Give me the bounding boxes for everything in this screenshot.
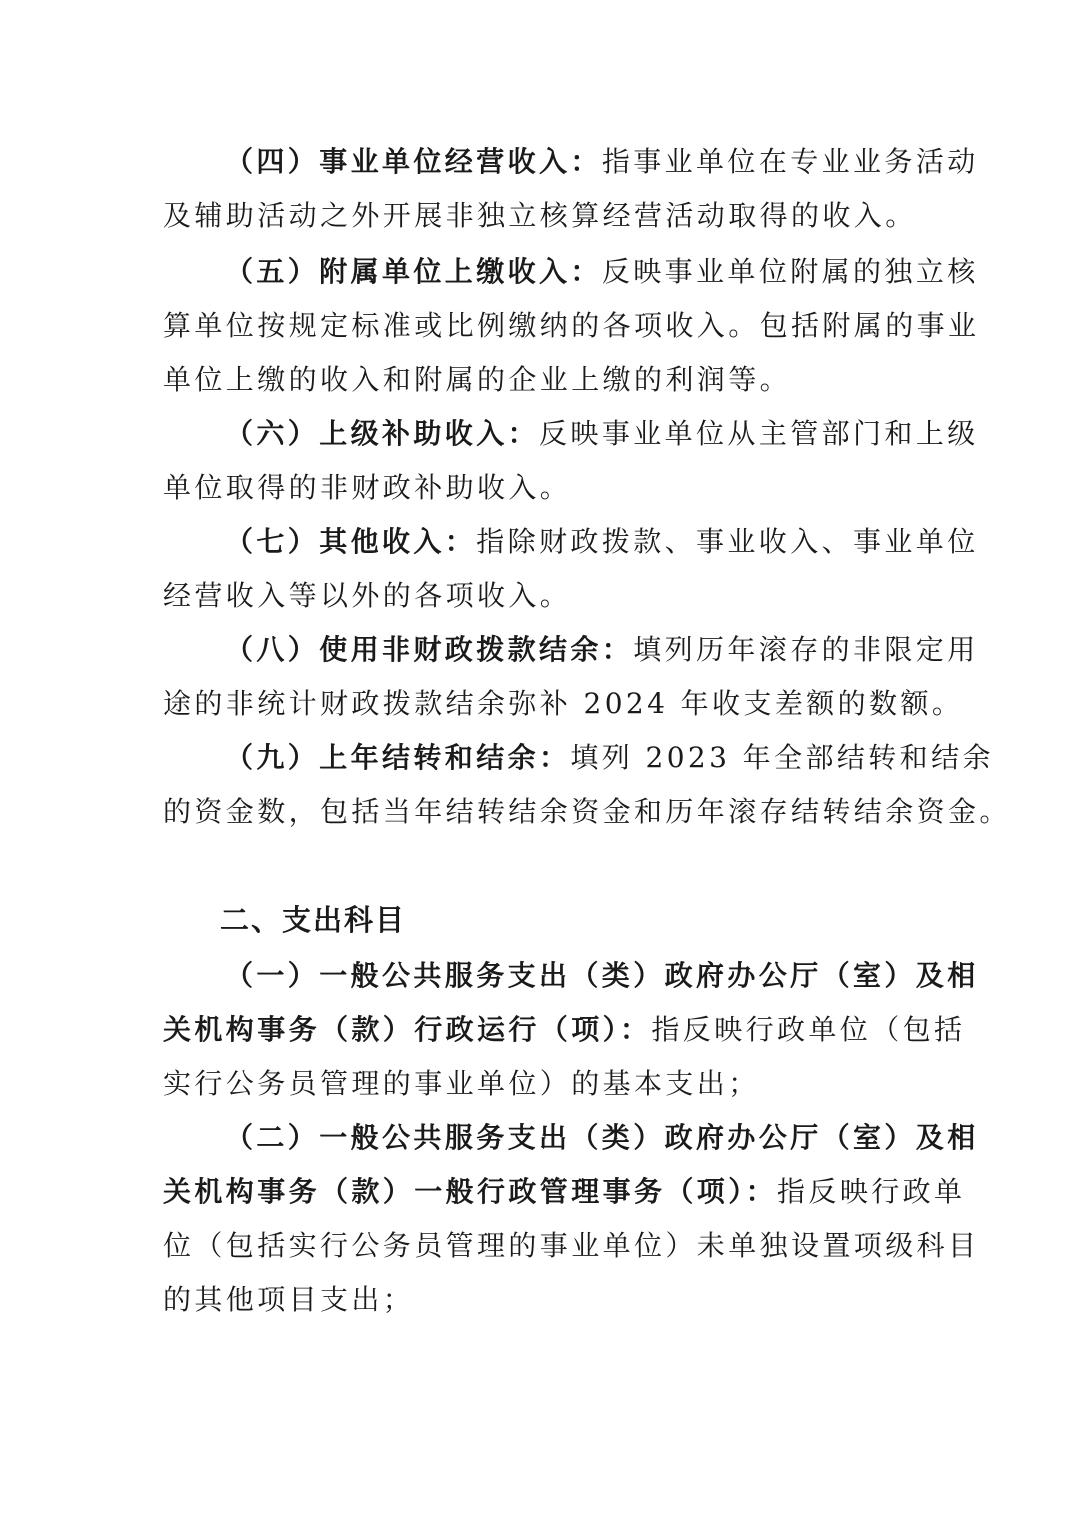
income-item-4-line-2: 及辅助活动之外开展非独立核算经营活动取得的收入。	[163, 196, 917, 236]
item-label: （六）上级补助收入：	[225, 417, 539, 450]
item-label: （四）事业单位经营收入：	[225, 145, 602, 178]
income-item-7-line-1: （七）其他收入：指除财政拨款、事业收入、事业单位	[225, 522, 979, 562]
expense-item-2-line-3: 位（包括实行公务员管理的事业单位）未单独设置项级科目	[163, 1226, 979, 1266]
income-item-9-line-2: 的资金数，包括当年结转结余资金和历年滚存结转结余资金。	[163, 792, 1011, 832]
section-heading-expense: 二、支出科目	[220, 900, 406, 940]
income-item-6-line-1: （六）上级补助收入：反映事业单位从主管部门和上级	[225, 414, 979, 454]
expense-item-2-line-2: 关机构事务（款）一般行政管理事务（项）：指反映行政单	[163, 1172, 965, 1212]
item-label: （七）其他收入：	[225, 525, 476, 558]
item-label: （五）附属单位上缴收入：	[225, 255, 602, 288]
expense-item-1-line-2: 关机构事务（款）行政运行（项）：指反映行政单位（包括	[163, 1010, 965, 1050]
item-label: 关机构事务（款）一般行政管理事务（项）：	[163, 1175, 777, 1208]
item-text: 指反映行政单	[777, 1175, 965, 1208]
item-text: 填列 2023 年全部结转和结余	[570, 741, 993, 774]
item-text: 指事业单位在专业业务活动	[602, 145, 979, 178]
item-text: 反映事业单位从主管部门和上级	[539, 417, 979, 450]
income-item-9-line-1: （九）上年结转和结余：填列 2023 年全部结转和结余	[225, 738, 994, 778]
income-item-5-line-1: （五）附属单位上缴收入：反映事业单位附属的独立核	[225, 252, 979, 292]
income-item-5-line-2: 算单位按规定标准或比例缴纳的各项收入。包括附属的事业	[163, 306, 979, 346]
income-item-4-line-1: （四）事业单位经营收入：指事业单位在专业业务活动	[225, 142, 979, 182]
income-item-8-line-2: 途的非统计财政拨款结余弥补 2024 年收支差额的数额。	[163, 684, 963, 724]
expense-item-2-line-4: 的其他项目支出；	[163, 1280, 414, 1320]
expense-item-2-line-1: （二）一般公共服务支出（类）政府办公厅（室）及相	[225, 1118, 979, 1158]
document-page: （四）事业单位经营收入：指事业单位在专业业务活动 及辅助活动之外开展非独立核算经…	[0, 0, 1074, 1520]
expense-item-1-line-3: 实行公务员管理的事业单位）的基本支出；	[163, 1064, 760, 1104]
item-text: 反映事业单位附属的独立核	[602, 255, 979, 288]
item-label: （八）使用非财政拨款结余：	[225, 633, 633, 666]
income-item-5-line-3: 单位上缴的收入和附属的企业上缴的利润等。	[163, 360, 791, 400]
item-label: （九）上年结转和结余：	[225, 741, 570, 774]
item-label: 关机构事务（款）行政运行（项）：	[163, 1013, 651, 1046]
item-text: 填列历年滚存的非限定用	[633, 633, 978, 666]
income-item-7-line-2: 经营收入等以外的各项收入。	[163, 576, 571, 616]
income-item-8-line-1: （八）使用非财政拨款结余：填列历年滚存的非限定用	[225, 630, 979, 670]
item-text: 指除财政拨款、事业收入、事业单位	[476, 525, 978, 558]
income-item-6-line-2: 单位取得的非财政补助收入。	[163, 468, 571, 508]
expense-item-1-line-1: （一）一般公共服务支出（类）政府办公厅（室）及相	[225, 956, 979, 996]
item-text: 指反映行政单位（包括	[651, 1013, 965, 1046]
